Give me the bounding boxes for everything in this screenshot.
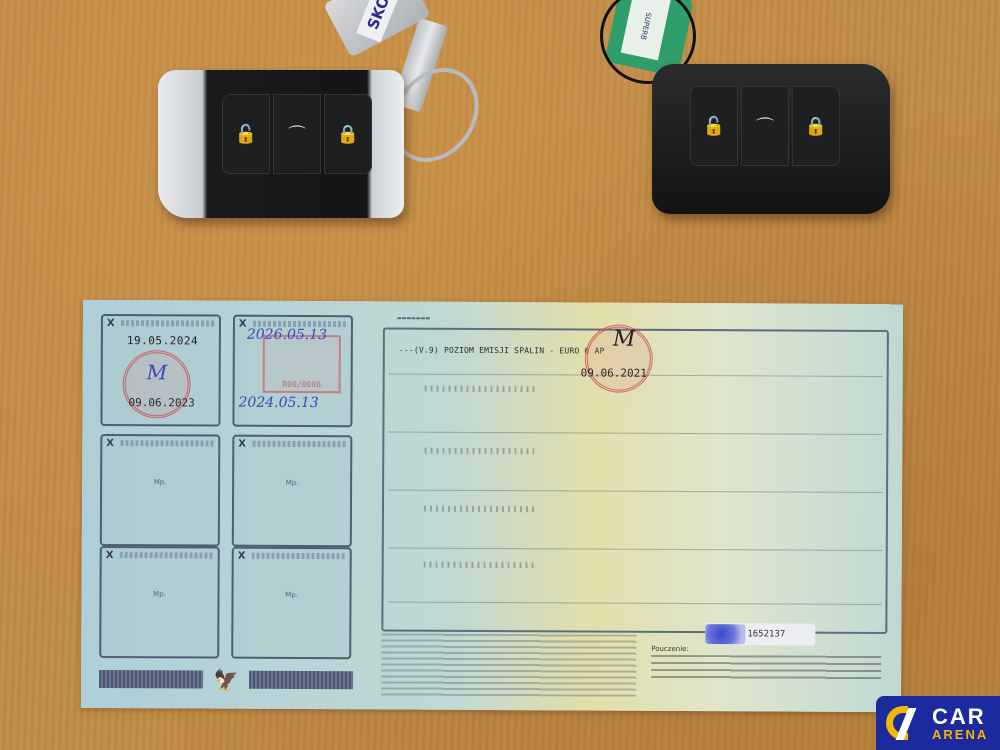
inspection-section: X 19.05.2024 09.06.2023 M X R00/0086 202… — [99, 314, 361, 699]
signature: M — [613, 327, 636, 352]
handwritten-date: 2026.05.13 — [247, 327, 327, 343]
inspection-box: X Mp. — [232, 435, 353, 548]
signature: M — [147, 360, 168, 384]
serial-number: 1652137 — [747, 629, 785, 639]
serial-number-label: 1652137 — [705, 623, 815, 646]
vehicle-details-section: ▬▬▬▬▬▬▬ ---(V.9) POZIOM EMISJI SPALIN - … — [381, 313, 891, 700]
stamp-mark: Mp. — [102, 590, 218, 599]
brand-name-line1: CAR — [932, 706, 988, 728]
handwritten-date: 2024.05.13 — [238, 395, 318, 411]
brand-mark-icon — [886, 706, 924, 740]
registration-document: X 19.05.2024 09.06.2023 M X R00/0086 202… — [81, 300, 903, 712]
rect-stamp: R00/0086 — [263, 335, 341, 393]
box-marker: X — [239, 319, 247, 330]
trunk-icon: ⌒ — [273, 94, 321, 174]
unlock-icon: 🔓 — [690, 86, 738, 166]
emission-level-text: ---(V.9) POZIOM EMISJI SPALIN - EURO 6 A… — [399, 346, 605, 356]
inspection-box: X Mp. — [100, 434, 221, 547]
instructions: Pouczenie: — [651, 645, 881, 680]
key-tag-label: SKO — [356, 0, 400, 43]
stamp-date: 09.06.2023 — [129, 396, 195, 409]
brand-logo: CAR ARENA — [876, 696, 1000, 750]
lock-icon: 🔒 — [792, 86, 840, 166]
printed-date: 19.05.2024 — [127, 334, 198, 347]
lock-icon: 🔒 — [324, 94, 372, 174]
inspection-box: X R00/0086 2026.05.13 2024.05.13 — [232, 315, 353, 428]
inspection-box: X Mp. — [231, 547, 352, 660]
inspection-box: X Mp. — [99, 546, 220, 659]
stamp-code: R00/0086 — [267, 380, 337, 389]
box-marker: X — [106, 438, 114, 449]
key-fob-right: 🔓 ⌒ 🔒 — [652, 64, 890, 214]
stamp-mark: Mp. — [234, 591, 350, 600]
key-fob-left: 🔓 ⌒ 🔒 — [158, 70, 404, 218]
instructions-title: Pouczenie: — [651, 645, 881, 654]
details-frame: ---(V.9) POZIOM EMISJI SPALIN - EURO 6 A… — [381, 327, 889, 634]
eagle-emblem-icon: 🦅 — [214, 668, 239, 692]
box-marker: X — [107, 318, 115, 329]
fob-buttons: 🔓 ⌒ 🔒 — [222, 94, 372, 174]
box-marker: X — [238, 551, 246, 562]
fob-buttons: 🔓 ⌒ 🔒 — [690, 86, 840, 166]
hologram-icon — [705, 624, 745, 644]
emblem-bar: 🦅 — [99, 668, 353, 691]
stamp-mark: Mp. — [102, 478, 218, 487]
inspection-box: X 19.05.2024 09.06.2023 M — [100, 314, 221, 427]
trunk-icon: ⌒ — [741, 86, 789, 166]
unlock-icon: 🔓 — [222, 94, 270, 174]
legal-notes — [381, 633, 636, 696]
box-marker: X — [238, 439, 246, 450]
brand-name-line2: ARENA — [932, 728, 988, 741]
stamp-mark: Mp. — [234, 479, 350, 488]
box-marker: X — [106, 550, 114, 561]
stamp-date: 09.06.2021 — [581, 366, 647, 379]
